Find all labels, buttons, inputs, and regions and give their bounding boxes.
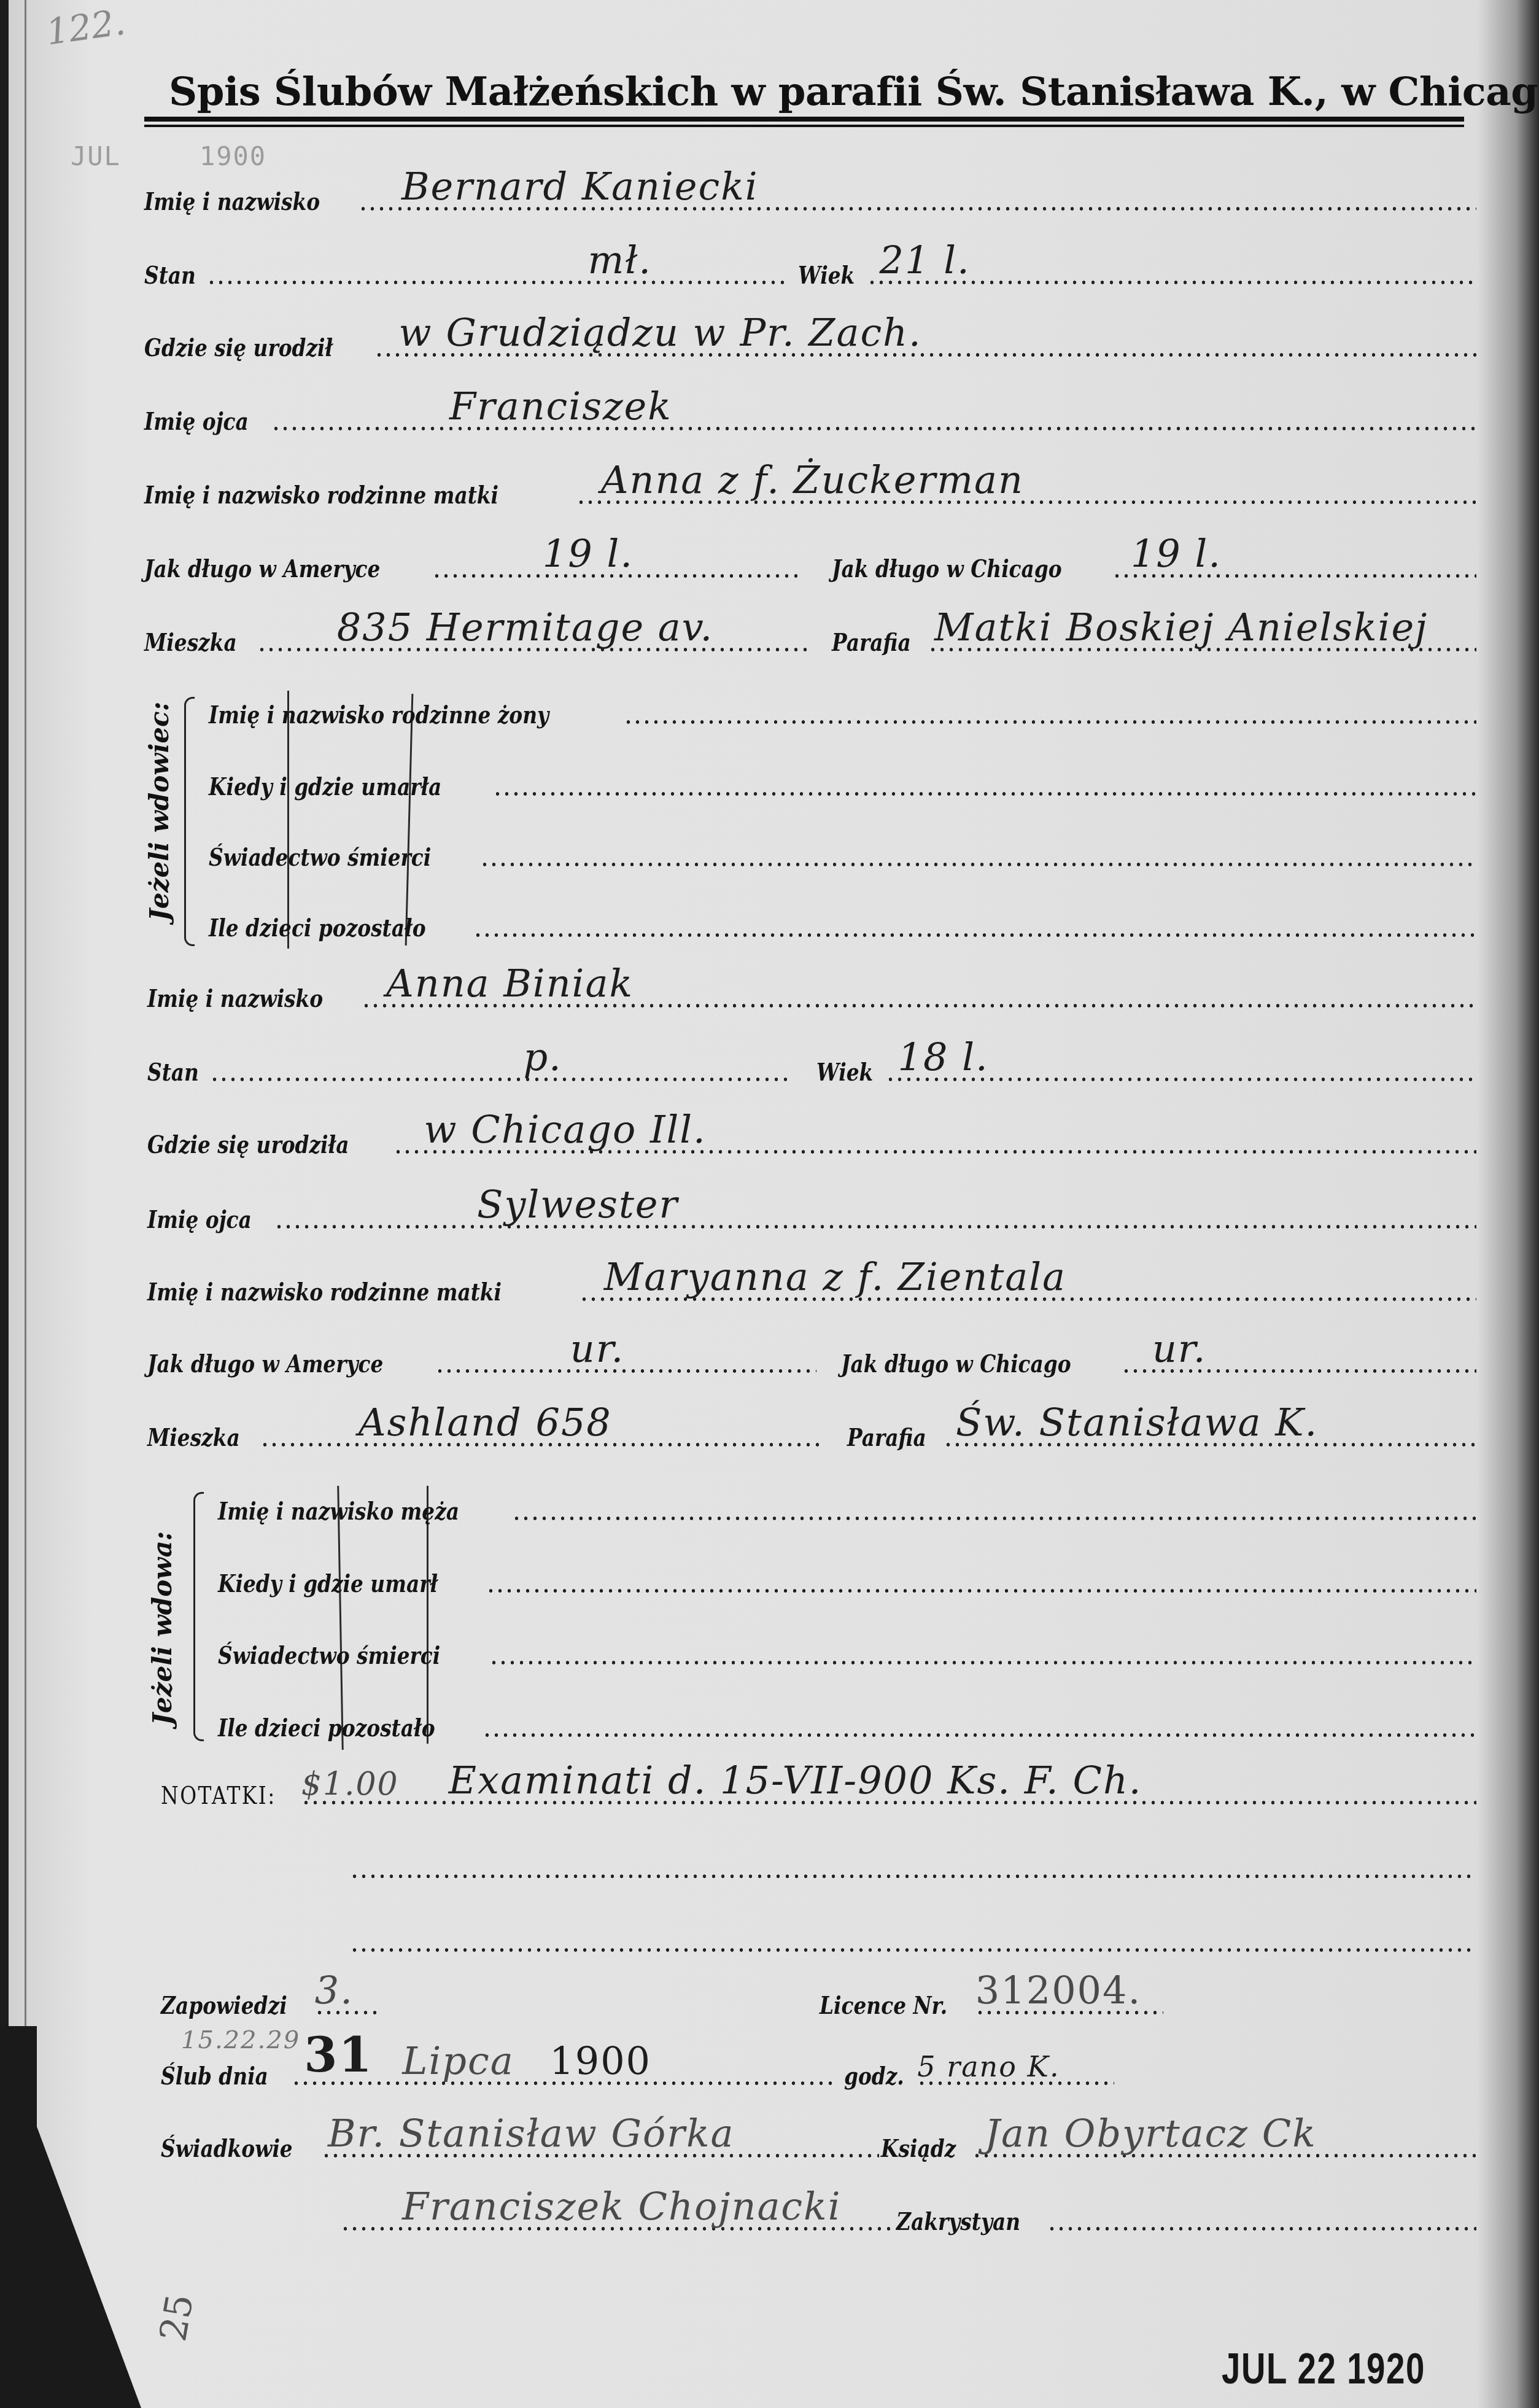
groom-father-label: Imię ojca [144,407,249,436]
widow-field-row: Imię i nazwisko męża [218,1489,1476,1526]
notes-line-2 [350,1847,1476,1884]
banns-label: Zapowiedzi [161,1991,287,2020]
license-label: Licence Nr. [820,1991,947,2020]
witnesses-row: Świadkowie Br. Stanisław Górka [161,2126,879,2163]
groom-residence-label: Mieszka [144,628,237,657]
dotted-line: Bernard Kaniecki [359,206,1476,211]
page-number: 122. [44,1,128,53]
license-value: 312004. [975,1968,1141,2013]
groom-birthplace-value: w Grudziądzu w Pr. Zach. [399,310,922,355]
dotted-line: Ashland 658 [260,1442,823,1447]
dotted-line: Br. Stanisław Górka [322,2153,879,2158]
bride-status-row: Stan p. [147,1050,792,1087]
dotted-line: ur. [1122,1369,1476,1373]
date-stamp-year: 1900 [200,141,266,171]
margin-note: 25 [152,2291,202,2344]
dotted-line: $1.00 Examinati d. 15-VII-900 Ks. F. Ch. [301,1800,1476,1805]
groom-name-value: Bernard Kaniecki [401,164,759,209]
bride-parish-label: Parafia [847,1423,926,1452]
witness-1: Br. Stanisław Górka [328,2111,735,2156]
bride-chicago-value: ur. [1152,1326,1206,1371]
groom-mother-label: Imię i nazwisko rodzinne matki [144,481,498,510]
groom-age-row: Wiek 21 l. [798,253,1476,290]
dotted-line: Franciszek [271,426,1476,431]
bride-age-row: Wiek 18 l. [816,1050,1476,1087]
dotted-line: 5 rano K. [917,2081,1114,2086]
groom-status-label: Stan [144,261,196,290]
notes-value: Examinati d. 15-VII-900 Ks. F. Ch. [449,1758,1142,1803]
notes-fee: $1.00 [301,1766,399,1803]
dotted-line [486,1588,1476,1593]
widower-field-row: Ile dzieci pozostało [209,906,1476,942]
witness-2-row: Franciszek Chojnacki [341,2199,893,2236]
dotted-line: Jan Obyrtacz Ck [972,2153,1476,2158]
bride-chicago-label: Jak długo w Chicago [841,1350,1071,1378]
widow-husband-name-label: Imię i nazwisko męża [218,1497,459,1526]
dotted-line: Sylwester [274,1224,1476,1229]
groom-chicago-row: Jak długo w Chicago 19 l. [832,546,1476,583]
bride-age-value: 18 l. [898,1035,989,1079]
notes-row: NOTATKI: $1.00 Examinati d. 15-VII-900 K… [161,1773,1476,1810]
dotted-line: 312004. [975,2010,1163,2015]
groom-status-value: mł. [587,238,652,282]
bride-status-value: p. [523,1035,562,1079]
wedding-date-label: Ślub dnia [161,2062,268,2091]
widow-field-row: Świadectwo śmierci [218,1633,1476,1670]
priest-label: Ksiądz [881,2134,956,2163]
groom-father-value: Franciszek [449,384,672,429]
wedding-year: 1900 [549,2038,651,2083]
widow-death-label: Kiedy i gdzie umarł [218,1569,438,1598]
dotted-line: w Grudziądzu w Pr. Zach. [374,352,1476,357]
widow-field-row: Ile dzieci pozostało [218,1706,1476,1742]
bride-residence-value: Ashland 658 [359,1400,612,1445]
groom-chicago-label: Jak długo w Chicago [832,554,1062,583]
dotted-line [483,1733,1476,1738]
notes-label: NOTATKI: [161,1782,276,1810]
bride-name-label: Imię i nazwisko [147,984,323,1013]
groom-name-row: Imię i nazwisko Bernard Kaniecki [144,179,1476,216]
dotted-line: Maryanna z f. Zientala [580,1297,1476,1302]
widow-certificate-label: Świadectwo śmierci [218,1641,440,1670]
bride-america-row: Jak długo w Ameryce ur. [147,1342,816,1378]
wedding-day: 31 [304,2027,373,2083]
dotted-line [1047,2226,1476,2231]
dotted-line: Św. Stanisława K. [944,1442,1476,1447]
dotted-line: 21 l. [867,280,1476,285]
groom-parish-label: Parafia [832,628,911,657]
widow-section-title: Jeżeli wdowa: [147,1531,177,1725]
bride-america-value: ur. [570,1326,624,1371]
dotted-line: Anna z f. Żuckerman [576,500,1476,505]
groom-america-row: Jak długo w Ameryce 19 l. [144,546,801,583]
groom-mother-value: Anna z f. Żuckerman [601,457,1024,502]
widower-death-label: Kiedy i gdzie umarła [209,772,441,801]
dotted-line [350,1874,1476,1879]
dotted-line: 19 l. [432,573,801,578]
bride-birthplace-row: Gdzie się urodziła w Chicago Ill. [147,1122,1476,1159]
groom-father-row: Imię ojca Franciszek [144,399,1476,436]
dotted-line: Anna Biniak [362,1003,1476,1008]
bride-chicago-row: Jak długo w Chicago ur. [841,1342,1476,1378]
bride-name-value: Anna Biniak [386,961,634,1006]
groom-age-value: 21 l. [880,238,971,282]
dotted-line: w Chicago Ill. [393,1149,1476,1154]
widower-field-row: Świadectwo śmierci [209,835,1476,872]
groom-age-label: Wiek [798,261,855,290]
dotted-line: ur. [435,1369,816,1373]
bride-residence-label: Mieszka [147,1423,240,1452]
dotted-line: Matki Boskiej Anielskiej [928,647,1476,652]
groom-parish-row: Parafia Matki Boskiej Anielskiej [832,620,1476,657]
groom-america-value: 19 l. [543,531,634,576]
widow-brace [193,1492,204,1741]
groom-status-row: Stan mł. [144,253,789,290]
dotted-line [350,1948,1476,1952]
binding-shadow-strip [0,2026,37,2408]
widower-certificate-label: Świadectwo śmierci [209,843,431,872]
dotted-line: 3. [315,2010,382,2015]
wedding-month: Lipca [402,2038,514,2083]
widower-field-row: Imię i nazwisko rodzinne żony [209,693,1476,729]
dotted-line: 835 Hermitage av. [257,647,807,652]
groom-residence-row: Mieszka 835 Hermitage av. [144,620,807,657]
widower-children-label: Ile dzieci pozostało [209,914,426,942]
bride-birthplace-value: w Chicago Ill. [424,1107,707,1152]
dotted-line: 18 l. [886,1077,1476,1082]
widower-brace [184,697,195,946]
groom-residence-value: 835 Hermitage av. [337,605,713,650]
witness-2: Franciszek Chojnacki [402,2184,842,2229]
dotted-line: 19 l. [1112,573,1476,578]
scanned-page: 122. JUL 1900 Spis Ślubów Małżeńskich w … [0,0,1539,2408]
title-rule-thin [144,125,1464,127]
groom-birthplace-label: Gdzie się urodził [144,333,333,362]
wedding-time-label: godz. [844,2062,904,2091]
title-rule [144,117,1464,122]
bride-father-row: Imię ojca Sylwester [147,1197,1476,1234]
bride-birthplace-label: Gdzie się urodziła [147,1130,349,1159]
witnesses-label: Świadkowie [161,2134,293,2163]
priest-value: Jan Obyrtacz Ck [985,2111,1317,2156]
groom-chicago-value: 19 l. [1131,531,1222,576]
groom-name-label: Imię i nazwisko [144,187,320,216]
bride-age-label: Wiek [816,1058,873,1087]
notes-line-3 [350,1921,1476,1957]
dotted-line: 31 Lipca 1900 [292,2081,836,2086]
banns-value: 3. [315,1968,354,2013]
bride-parish-value: Św. Stanisława K. [956,1400,1318,1445]
widower-wife-name-label: Imię i nazwisko rodzinne żony [209,701,549,729]
priest-row: Ksiądz Jan Obyrtacz Ck [881,2126,1476,2163]
groom-birthplace-row: Gdzie się urodził w Grudziądzu w Pr. Zac… [144,325,1476,362]
bride-mother-row: Imię i nazwisko rodzinne matki Maryanna … [147,1270,1476,1307]
dotted-line [480,862,1476,867]
bride-father-label: Imię ojca [147,1205,252,1234]
bride-mother-value: Maryanna z f. Zientala [604,1254,1066,1299]
document-title: Spis Ślubów Małżeńskich w parafii Św. St… [169,69,1470,115]
bride-parish-row: Parafia Św. Stanisława K. [847,1415,1476,1452]
sacristan-label: Zakrystyan [896,2207,1020,2236]
dotted-line [493,791,1476,796]
dotted-line [489,1660,1476,1665]
dotted-line: Franciszek Chojnacki [341,2226,893,2231]
bride-mother-label: Imię i nazwisko rodzinne matki [147,1278,502,1307]
dotted-line [512,1516,1476,1521]
banns-row: Zapowiedzi 3. [161,1983,382,2020]
wedding-time-value: 5 rano K. [917,2050,1060,2083]
date-stamp-month: JUL [71,141,121,171]
dotted-line [624,720,1476,724]
bride-name-row: Imię i nazwisko Anna Biniak [147,976,1476,1013]
bride-residence-row: Mieszka Ashland 658 [147,1415,823,1452]
bride-father-value: Sylwester [477,1182,678,1227]
bride-status-label: Stan [147,1058,199,1087]
groom-mother-row: Imię i nazwisko rodzinne matki Anna z f.… [144,473,1476,510]
widow-children-label: Ile dzieci pozostało [218,1714,435,1742]
received-date-stamp: JUL 22 1920 [1222,2344,1425,2393]
wedding-date-row: Ślub dnia 31 Lipca 1900 [161,2054,836,2091]
sacristan-row: Zakrystyan [896,2199,1476,2236]
wedding-time-row: godz. 5 rano K. [844,2054,1114,2091]
dotted-line: mł. [207,280,789,285]
dotted-line [473,933,1476,938]
widower-section-title: Jeżeli wdowiec: [144,702,174,921]
bride-america-label: Jak długo w Ameryce [147,1350,383,1378]
widower-field-row: Kiedy i gdzie umarła [209,764,1476,801]
dotted-line: p. [210,1077,792,1082]
widow-field-row: Kiedy i gdzie umarł [218,1561,1476,1598]
groom-america-label: Jak długo w Ameryce [144,554,380,583]
license-row: Licence Nr. 312004. [820,1983,1163,2020]
groom-parish-value: Matki Boskiej Anielskiej [934,605,1428,650]
